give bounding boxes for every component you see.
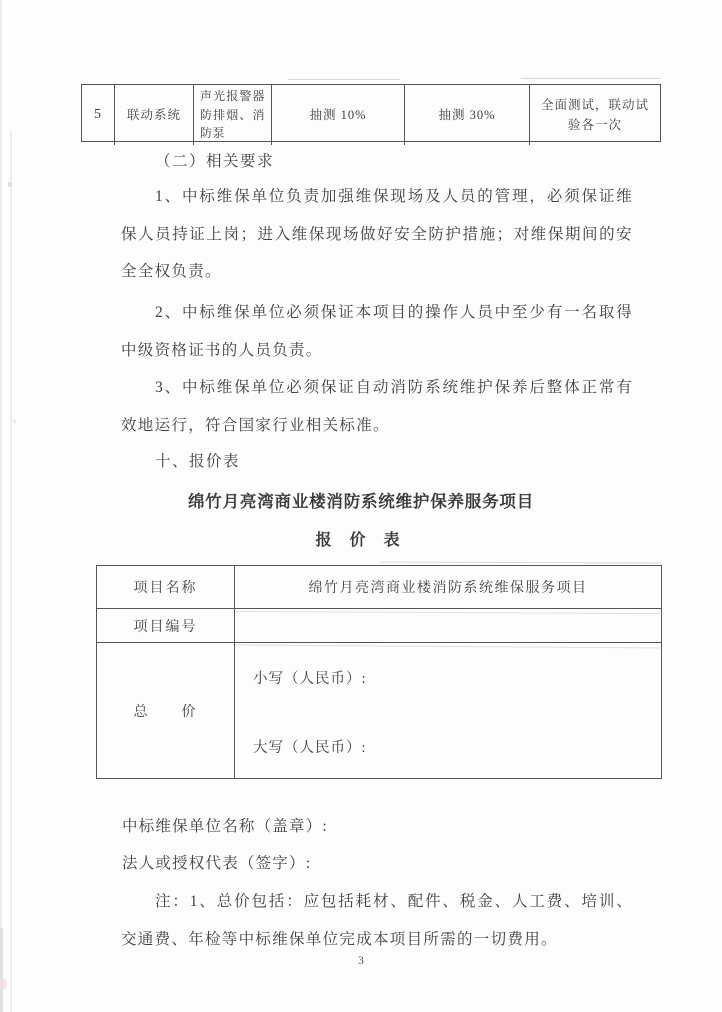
page-number: 3 [0, 955, 722, 967]
document-page: 5 联动系统 声光报警器防排烟、消防泵 抽测 10% 抽测 30% 全面测试，联… [0, 0, 722, 1012]
legal-representative-sign-line: 法人或授权代表（签字）: [122, 851, 311, 873]
heading-quote-section: 十、报价表 [155, 449, 240, 471]
heading-related-requirements: （二）相关要求 [155, 149, 274, 171]
scan-ghost-line [288, 79, 400, 80]
scan-ghost-line [380, 562, 661, 564]
total-price-numerals-label: 小写（人民币）: [253, 667, 367, 688]
quote-table-row-total: 总 价 小写（人民币）: 大写（人民币）: [97, 642, 661, 778]
spec-row-index: 5 [82, 85, 114, 145]
project-title: 绵竹月亮湾商业楼消防系统维护保养服务项目 [0, 488, 722, 512]
quote-row-name-value: 绵竹月亮湾商业楼消防系统维保服务项目 [235, 566, 661, 608]
spec-row-check-month: 抽测 10% [271, 85, 404, 145]
quote-table-row-number: 项目编号 [97, 608, 661, 642]
paragraph-requirement-3: 3、中标维保单位必须保证自动消防系统维护保养后整体正常有效地运行，符合国家行业相… [121, 369, 633, 444]
footer-note: 注：1、总价包括：应包括耗材、配件、税金、人工费、培训、交通费、年检等中标维保单… [121, 883, 633, 958]
spec-row-check-year: 全面测试，联动试验各一次 [529, 85, 660, 145]
spec-row-system: 联动系统 [114, 85, 193, 145]
quote-row-total-label: 总 价 [97, 643, 235, 778]
winner-company-seal-line: 中标维保单位名称（盖章）: [122, 814, 328, 836]
quote-table-row-name: 项目名称 绵竹月亮湾商业楼消防系统维保服务项目 [97, 566, 661, 608]
total-price-words-label: 大写（人民币）: [253, 736, 367, 757]
quote-row-number-value [235, 609, 661, 642]
scan-gray-bar [0, 928, 3, 1012]
quote-table-title: 报 价 表 [0, 527, 722, 550]
scan-ghost-line [521, 78, 661, 79]
spec-table: 5 联动系统 声光报警器防排烟、消防泵 抽测 10% 抽测 30% 全面测试，联… [81, 84, 661, 142]
quote-row-total-value: 小写（人民币）: 大写（人民币）: [235, 643, 661, 778]
scan-pink-mark [0, 979, 6, 989]
paragraph-requirement-1: 1、中标维保单位负责加强维保现场及人员的管理，必须保证维保人员持证上岗；进入维保… [121, 178, 633, 291]
scan-pink-line [10, 130, 12, 1012]
scan-speck [8, 182, 12, 187]
paragraph-requirement-2: 2、中标维保单位必须保证本项目的操作人员中至少有一名取得中级资格证书的人员负责。 [121, 294, 633, 369]
scan-speck [13, 420, 16, 423]
quote-row-number-label: 项目编号 [97, 609, 235, 642]
quote-table: 项目名称 绵竹月亮湾商业楼消防系统维保服务项目 项目编号 总 价 小写（人民币）… [96, 565, 662, 779]
spec-row-check-quarter: 抽测 30% [404, 85, 529, 145]
quote-row-name-label: 项目名称 [97, 566, 235, 608]
spec-row-devices: 声光报警器防排烟、消防泵 [194, 85, 271, 145]
